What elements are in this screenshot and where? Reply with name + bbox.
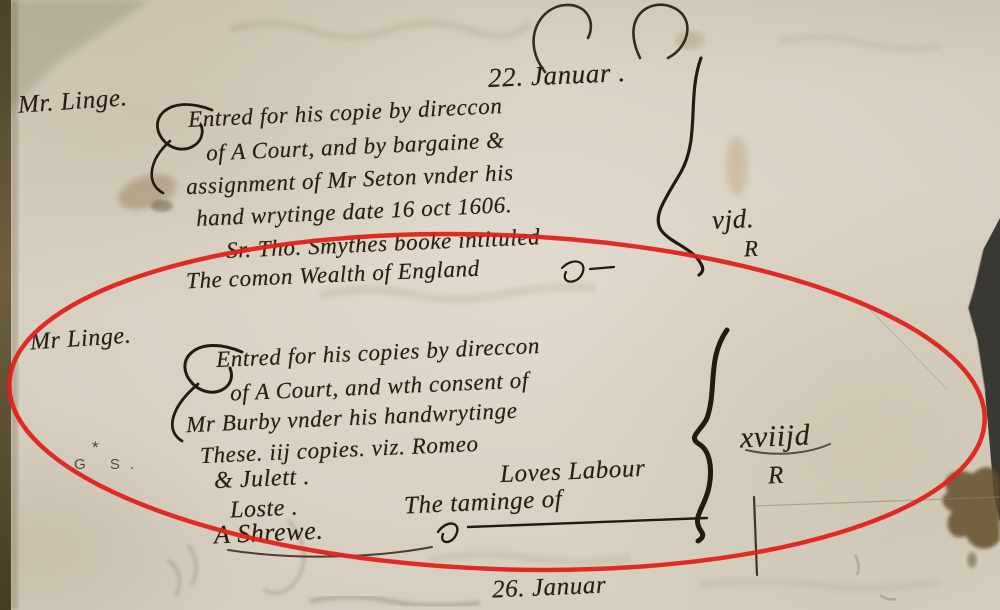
entry2-line-5b: Loves Labour xyxy=(499,455,646,489)
margin-name-entry1: Mr. Linge. xyxy=(17,84,128,120)
stain-right-edge xyxy=(942,467,1000,549)
entry2-brace xyxy=(694,330,727,541)
stain-top xyxy=(676,31,704,49)
clerk-mark-entry1: R xyxy=(743,236,759,263)
pencil-annotation-initials: G S. xyxy=(74,456,144,473)
entry2-end-rule xyxy=(468,518,707,527)
fee-entry1: vjd. xyxy=(711,203,754,236)
entry1-line-5: Sr. Tho. Smythes booke intituled xyxy=(226,224,541,264)
right-page-edge xyxy=(968,218,1000,522)
ink-smudge-left xyxy=(114,168,181,217)
heading-date-top: 22. Januar . xyxy=(487,57,626,94)
entry2-line-1: Entred for his copies by direccon xyxy=(216,333,541,373)
manuscript-page: 22. Januar . Mr. Linge. Entred for his c… xyxy=(0,0,1000,610)
crease-lines xyxy=(756,300,1000,506)
entry2-end-paraph xyxy=(438,524,457,542)
entry1-brace xyxy=(658,58,703,275)
entry1-end-paraph xyxy=(562,261,614,281)
pencil-annotation-star: * xyxy=(92,438,99,458)
entry1-line-1: Entred for his copie by direccon xyxy=(188,93,503,133)
ink-smudge-left-core xyxy=(151,200,173,212)
stain-right-of-entry1 xyxy=(726,136,748,196)
entry1-initial-tail xyxy=(152,141,170,193)
right-edge-rim xyxy=(968,250,985,392)
clerk-mark-entry2: R xyxy=(767,462,784,491)
heading-flourish-right xyxy=(633,5,687,58)
heading-date-bottom: 26. Januar xyxy=(491,572,606,605)
stain-right-edge-drip xyxy=(967,552,977,568)
fee-entry2: xviijd xyxy=(739,418,811,455)
entry2-line-5a: & Julett . xyxy=(213,464,310,495)
entry2-line-6b: The taminge of xyxy=(403,486,562,521)
left-page-edge xyxy=(0,0,11,610)
right-vertical-stroke xyxy=(754,497,757,575)
entry1-line-4: hand wrytinge date 16 oct 1606. xyxy=(196,192,513,232)
entry2-line-7: A Shrewe. xyxy=(213,516,324,551)
entry2-line-4: These. iij copies. viz. Romeo xyxy=(200,431,480,469)
margin-name-entry2: Mr Linge. xyxy=(29,322,132,356)
entry1-line-2: of A Court, and by bargaine & xyxy=(206,127,506,166)
